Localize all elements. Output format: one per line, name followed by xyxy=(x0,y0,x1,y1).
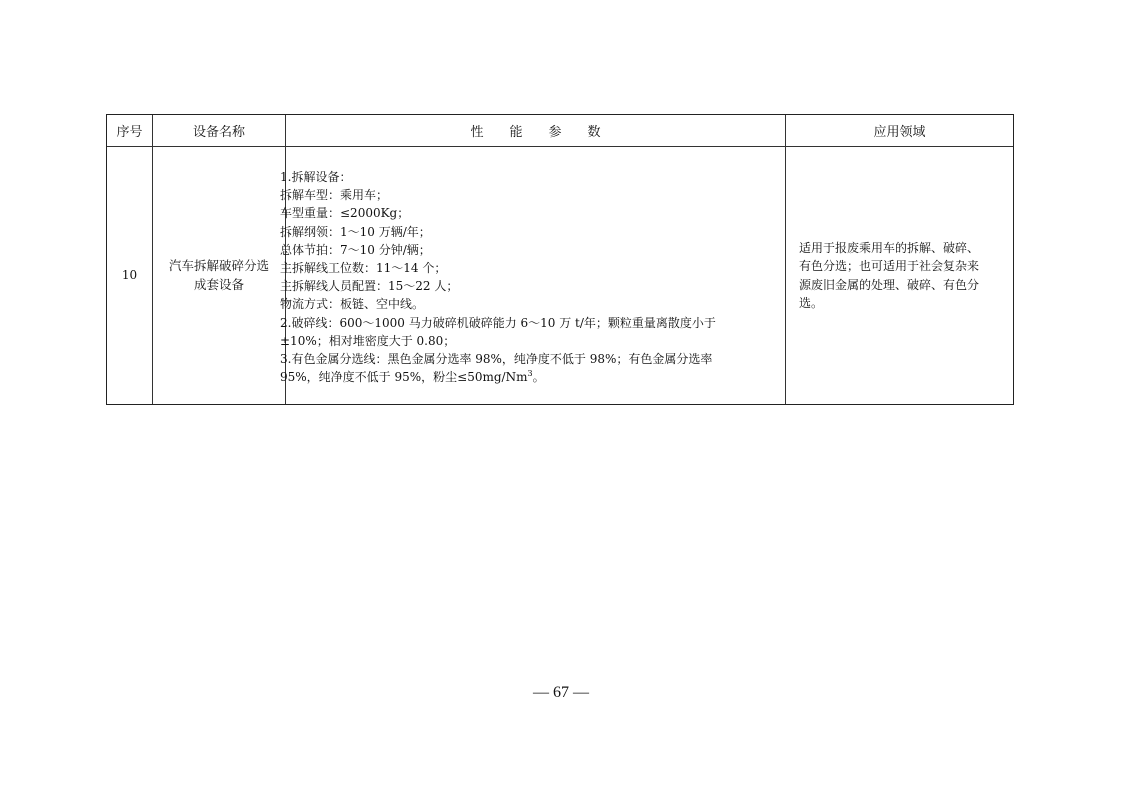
page-number: — 67 — xyxy=(0,684,1122,702)
header-name: 设备名称 xyxy=(153,115,285,146)
param-line: 物流方式：板链、空中线。 xyxy=(280,295,716,313)
equipment-name-line: 汽车拆解破碎分选 xyxy=(169,257,269,275)
application-line: 有色分选；也可适用于社会复杂来 xyxy=(799,257,1012,275)
row-index-cell: 10 xyxy=(107,147,152,404)
param-line: 2.破碎线：600～1000 马力破碎机破碎能力 6～10 万 t/年；颗粒重量… xyxy=(280,314,716,332)
param-line-tail: 。 xyxy=(533,370,545,384)
header-params: 性 能 参 数 xyxy=(286,115,785,146)
row-application-cell: 适用于报废乘用车的拆解、破碎、 有色分选；也可适用于社会复杂来 源废旧金属的处理… xyxy=(792,147,1012,404)
application-line: 源废旧金属的处理、破碎、有色分 xyxy=(799,276,1012,294)
param-line: 主拆解线人员配置：15～22 人； xyxy=(280,277,716,295)
param-line: ±10%；相对堆密度大于 0.80； xyxy=(280,332,716,350)
row-index: 10 xyxy=(122,266,137,284)
column-divider xyxy=(785,115,786,404)
header-index: 序号 xyxy=(107,115,152,146)
header-application: 应用领域 xyxy=(786,115,1013,146)
equipment-name-line: 成套设备 xyxy=(169,276,269,294)
application-line: 选。 xyxy=(799,294,1012,312)
param-line: 3.有色金属分选线：黑色金属分选率 98%，纯净度不低于 98%；有色金属分选率 xyxy=(280,350,716,368)
param-line: 1.拆解设备： xyxy=(280,168,716,186)
param-line: 拆解纲领：1～10 万辆/年； xyxy=(280,223,716,241)
param-line: 总体节拍：7～10 分钟/辆； xyxy=(280,241,716,259)
param-line: 主拆解线工位数：11～14 个； xyxy=(280,259,716,277)
application-line: 适用于报废乘用车的拆解、破碎、 xyxy=(799,239,1012,257)
equipment-table: 序号 设备名称 性 能 参 数 应用领域 10 汽车拆解破碎分选 成套设备 1.… xyxy=(106,114,1014,405)
param-line-last: 95%，纯净度不低于 95%，粉尘≤50mg/Nm3。 xyxy=(280,368,716,386)
row-name-cell: 汽车拆解破碎分选 成套设备 xyxy=(153,147,285,404)
row-params-cell: 1.拆解设备： 拆解车型：乘用车； 车型重量：≤2000Kg； 拆解纲领：1～1… xyxy=(280,147,778,404)
param-line: 拆解车型：乘用车； xyxy=(280,186,716,204)
param-line-text: 95%，纯净度不低于 95%，粉尘≤50mg/Nm xyxy=(280,370,527,384)
param-line: 车型重量：≤2000Kg； xyxy=(280,204,716,222)
